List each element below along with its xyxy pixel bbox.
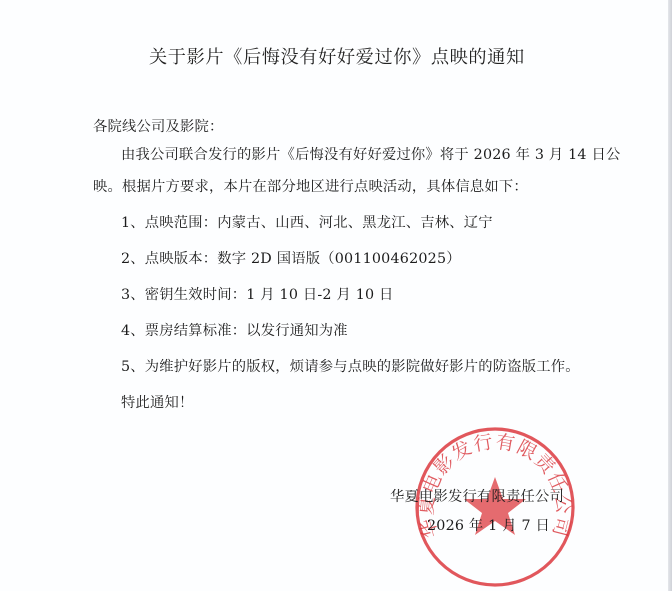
list-item-settlement: 4、票房结算标准：以发行通知为准 (121, 322, 348, 340)
closing-text: 特此通知！ (121, 394, 193, 412)
intro-paragraph-line-1: 由我公司联合发行的影片《后悔没有好好爱过你》将于 2026 年 3 月 14 日… (121, 146, 620, 164)
list-item-version: 2、点映版本：数字 2D 国语版（001100462025） (121, 250, 461, 268)
company-seal-stamp: 华夏电影发行有限责任公司 (413, 425, 577, 589)
document-title: 关于影片《后悔没有好好爱过你》点映的通知 (149, 46, 525, 70)
list-item-anti-piracy: 5、为维护好影片的版权，烦请参与点映的影院做好影片的防盗版工作。 (121, 358, 580, 376)
list-item-key-period: 3、密钥生效时间：1 月 10 日-2 月 10 日 (121, 286, 394, 304)
intro-paragraph-line-2: 映。根据片方要求，本片在部分地区进行点映活动，具体信息如下： (93, 178, 528, 196)
document-page: 关于影片《后悔没有好好爱过你》点映的通知 各院线公司及影院： 由我公司联合发行的… (0, 0, 668, 591)
list-item-scope: 1、点映范围：内蒙古、山西、河北、黑龙江、吉林、辽宁 (121, 214, 493, 232)
salutation: 各院线公司及影院： (93, 118, 223, 136)
page-edge (668, 0, 672, 591)
signature-date: 2026 年 1 月 7 日 (427, 517, 550, 535)
signature-company: 华夏电影发行有限责任公司 (390, 488, 564, 506)
